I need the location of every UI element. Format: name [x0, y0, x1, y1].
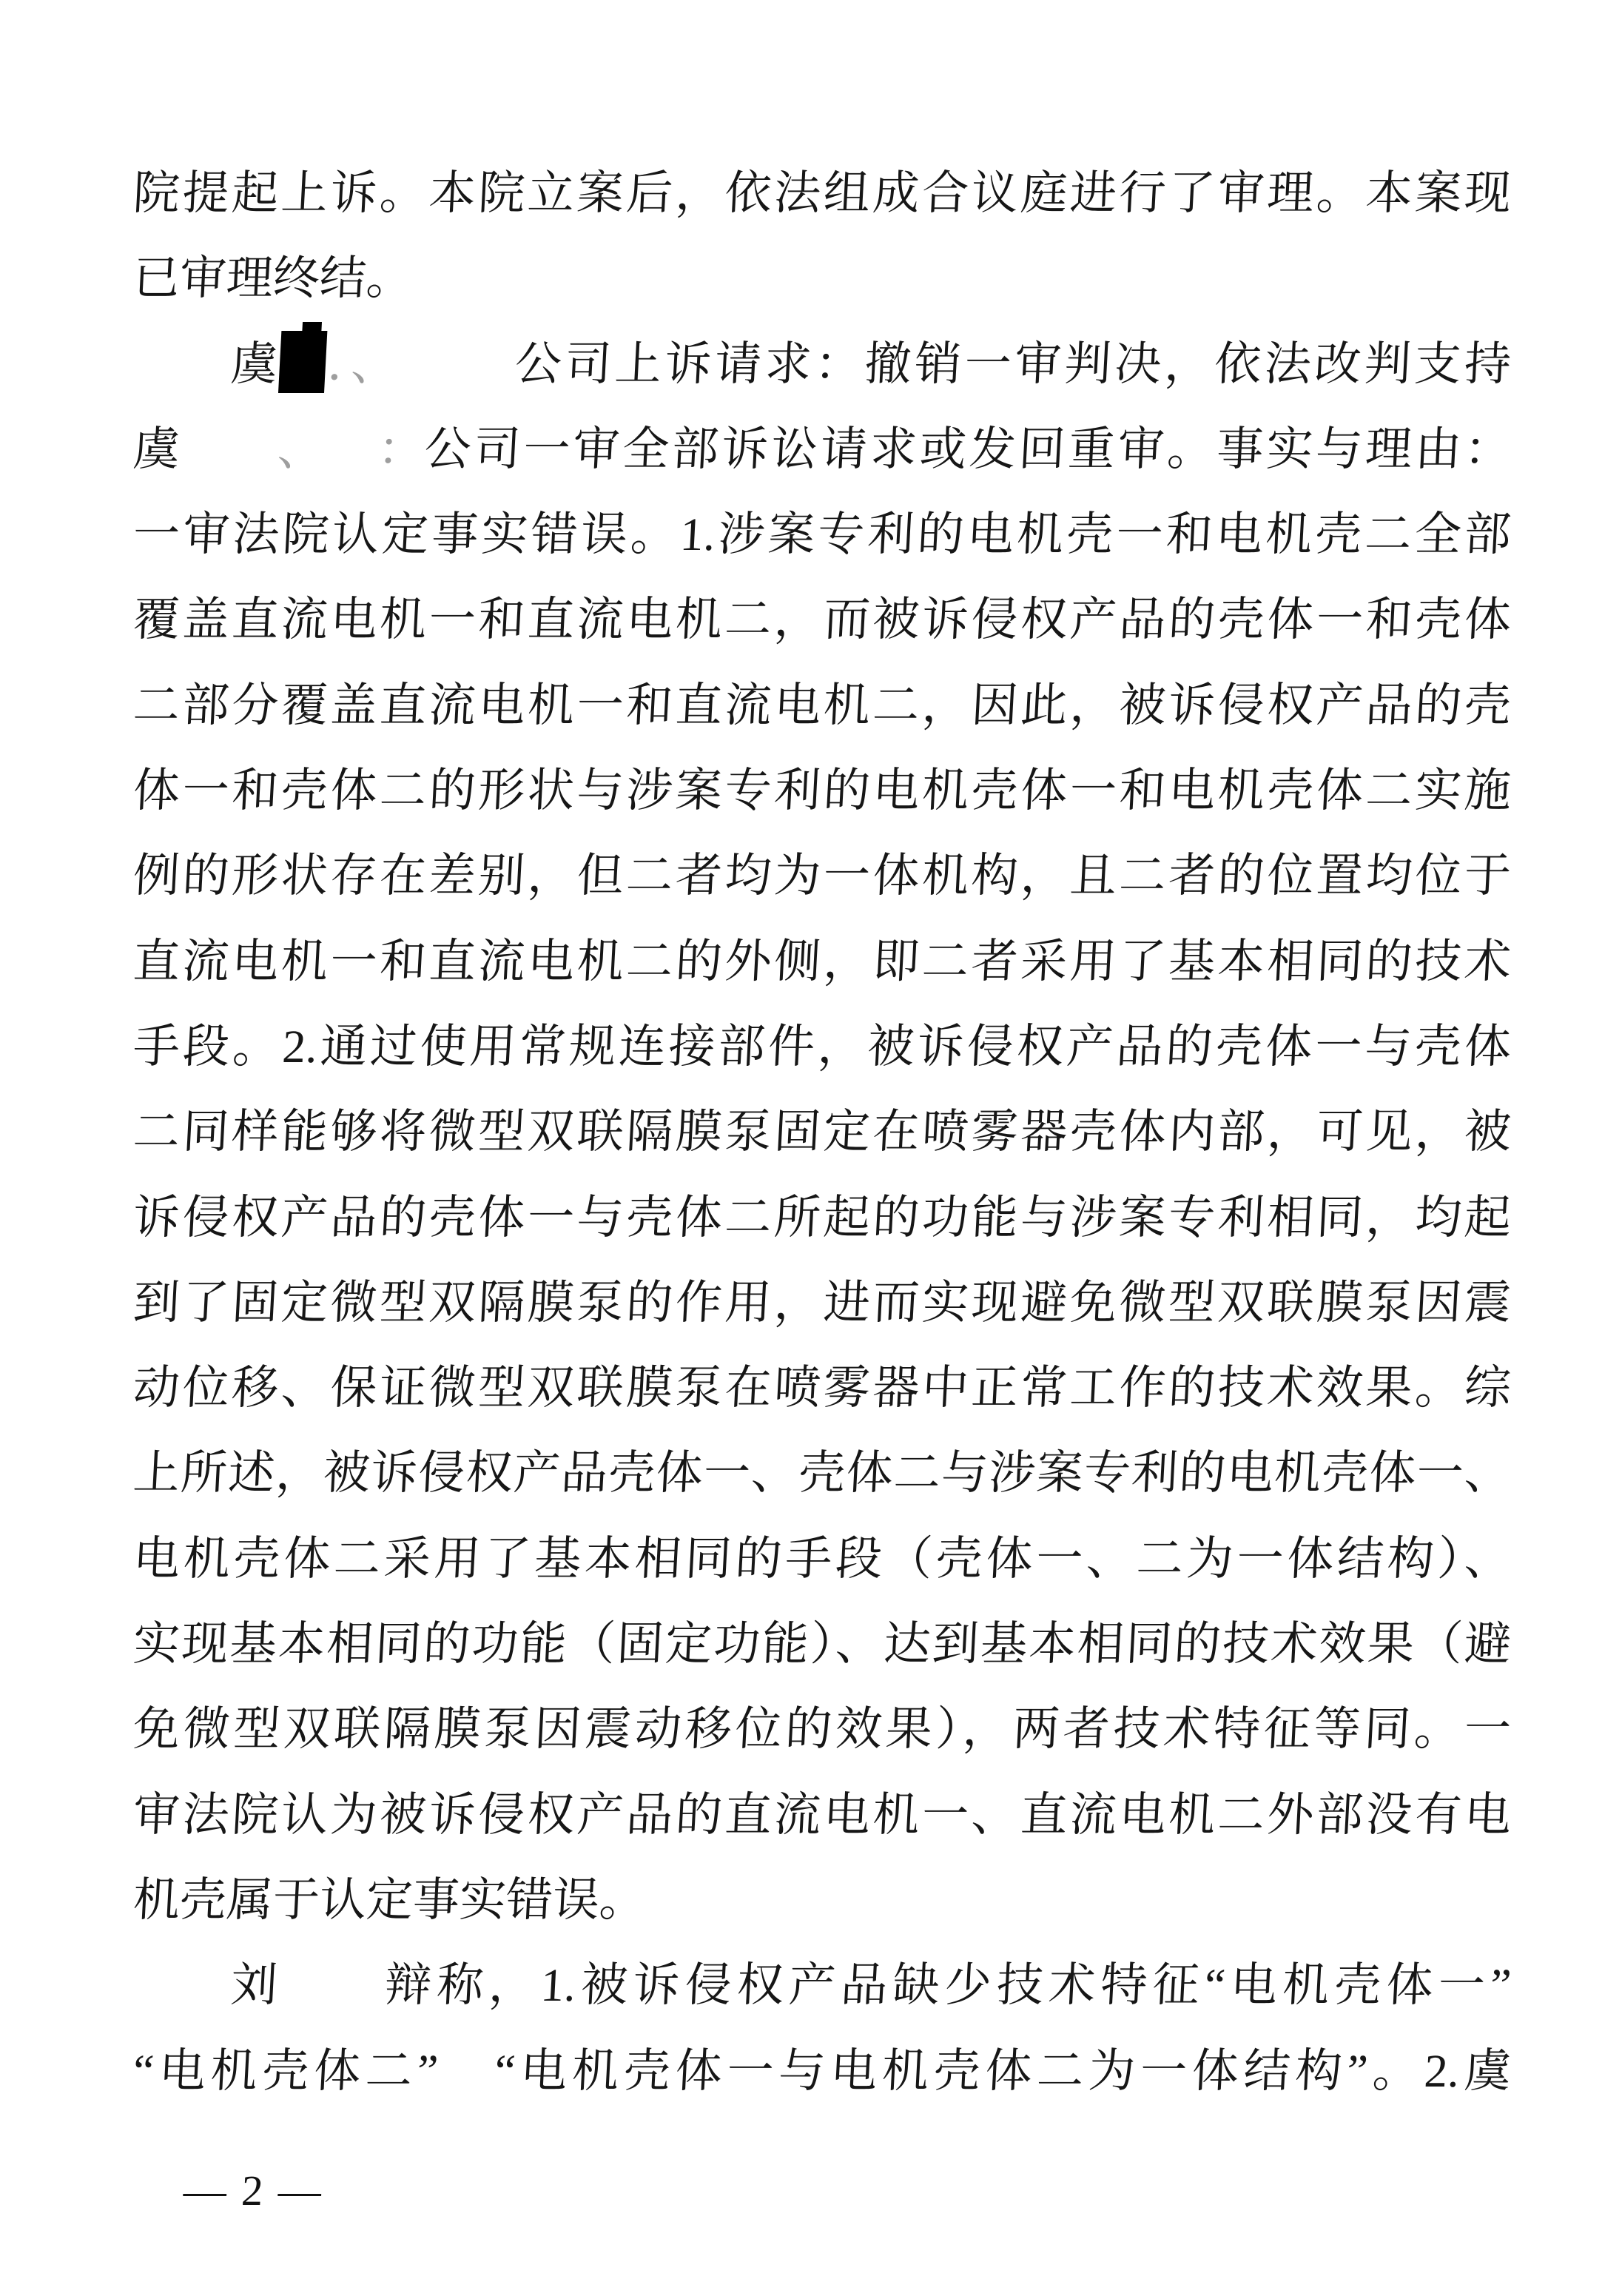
text-line: 电机壳体二采用了基本相同的手段（壳体一、二为一体结构）、	[131, 1517, 1513, 1602]
text-line: 到了固定微型双隔膜泵的作用，进而实现避免微型双联膜泵因震	[131, 1261, 1513, 1346]
document-page: 院提起上诉。本院立案后，依法组成合议庭进行了审理。本案现已审理终结。虞．、公司上…	[0, 0, 1622, 2296]
text-segment: 公司上诉请求：撤销一审判决，依法改判支持	[513, 322, 1513, 407]
text-line: 手段。2.通过使用常规连接部件，被诉侵权产品的壳体一与壳体	[131, 1004, 1513, 1090]
text-line: 已审理终结。	[131, 236, 1513, 321]
text-segment: 辩称，1.被诉侵权产品缺少技术特征“电机壳体一”	[383, 1943, 1513, 2028]
text-line: 刘辩称，1.被诉侵权产品缺少技术特征“电机壳体一”	[131, 1943, 1513, 2028]
text-line: 审法院认为被诉侵权产品的直流电机一、直流电机二外部没有电	[131, 1773, 1513, 1858]
text-line: 一审法院认定事实错误。1.涉案专利的电机壳一和电机壳二全部	[131, 492, 1513, 577]
text-line: 直流电机一和直流电机二的外侧，即二者采用了基本相同的技术	[131, 919, 1513, 1004]
text-line: 动位移、保证微型双联膜泵在喷雾器中正常工作的技术效果。综	[131, 1346, 1513, 1431]
text-line: 上所述，被诉侵权产品壳体一、壳体二与涉案专利的电机壳体一、	[131, 1431, 1513, 1516]
text-line: 虞．、公司上诉请求：撤销一审判决，依法改判支持	[131, 322, 1513, 407]
text-line: 虞、：公司一审全部诉讼请求或发回重审。事实与理由：	[131, 407, 1513, 492]
faint-redaction-remnant: 、	[275, 407, 326, 492]
redacted-gap	[135, 1943, 233, 1944]
text-line: 二同样能够将微型双联隔膜泵固定在喷雾器壳体内部，可见，被	[131, 1090, 1513, 1175]
text-line: 例的形状存在差别，但二者均为一体机构，且二者的位置均位于	[131, 833, 1513, 919]
text-line: 实现基本相同的功能（固定功能）、达到基本相同的技术效果（避	[131, 1602, 1513, 1687]
text-segment: 公司一审全部诉讼请求或发回重审。事实与理由：	[423, 407, 1513, 492]
redaction-box	[278, 330, 327, 392]
text-segment: 虞	[131, 407, 182, 492]
text-line: 机壳属于认定事实错误。	[131, 1858, 1513, 1943]
text-line: 院提起上诉。本院立案后，依法组成合议庭进行了审理。本案现	[131, 151, 1513, 236]
faint-redaction-remnant: ：	[376, 407, 427, 492]
redacted-gap	[280, 1943, 387, 1944]
text-line: 覆盖直流电机一和直流电机二，而被诉侵权产品的壳体一和壳体	[131, 577, 1513, 662]
document-body: 院提起上诉。本院立案后，依法组成合议庭进行了审理。本案现已审理终结。虞．、公司上…	[133, 151, 1511, 2114]
page-number: — 2 —	[181, 2148, 326, 2233]
redacted-gap	[400, 322, 516, 323]
text-segment: 虞	[229, 322, 280, 407]
text-line: “电机壳体二” “电机壳体一与电机壳体二为一体结构”。2.虞	[131, 2029, 1513, 2114]
redacted-gap	[326, 407, 380, 408]
faint-redaction-remnant: ．、	[326, 322, 400, 407]
redacted-gap	[135, 322, 233, 323]
text-line: 体一和壳体二的形状与涉案专利的电机壳体一和电机壳体二实施	[131, 748, 1513, 833]
text-line: 二部分覆盖直流电机一和直流电机二，因此，被诉侵权产品的壳	[131, 663, 1513, 748]
text-segment: 刘	[229, 1943, 280, 2028]
text-line: 免微型双联隔膜泵因震动移位的效果），两者技术特征等同。一	[131, 1687, 1513, 1772]
text-line: 诉侵权产品的壳体一与壳体二所起的功能与涉案专利相同，均起	[131, 1175, 1513, 1261]
redacted-gap	[182, 407, 280, 408]
